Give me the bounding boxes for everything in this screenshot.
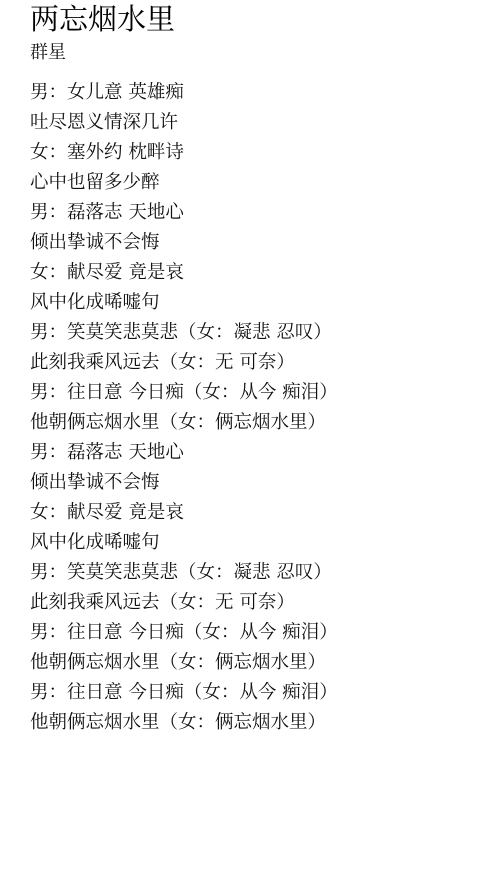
- lyric-line: 吐尽恩义情深几许: [30, 108, 338, 138]
- lyric-line: 风中化成唏嘘句: [30, 288, 338, 318]
- lyric-line: 倾出挚诚不会悔: [30, 228, 338, 258]
- lyric-line: 风中化成唏嘘句: [30, 528, 338, 558]
- lyric-line: 男：磊落志 天地心: [30, 438, 338, 468]
- lyric-line: 男：往日意 今日痴（女：从今 痴泪）: [30, 618, 338, 648]
- lyric-line: 男：磊落志 天地心: [30, 198, 338, 228]
- lyric-line: 他朝俩忘烟水里（女：俩忘烟水里）: [30, 408, 338, 438]
- lyric-line: 此刻我乘风远去（女：无 可奈）: [30, 348, 338, 378]
- lyric-line: 男：女儿意 英雄痴: [30, 78, 338, 108]
- lyric-line: 倾出挚诚不会悔: [30, 468, 338, 498]
- song-title: 两忘烟水里: [30, 0, 175, 38]
- lyric-line: 他朝俩忘烟水里（女：俩忘烟水里）: [30, 708, 338, 738]
- lyric-line: 男：笑莫笑悲莫悲（女：凝悲 忍叹）: [30, 318, 338, 348]
- lyric-line: 此刻我乘风远去（女：无 可奈）: [30, 588, 338, 618]
- lyric-line: 男：往日意 今日痴（女：从今 痴泪）: [30, 378, 338, 408]
- song-artist: 群星: [30, 41, 66, 65]
- lyric-line: 女：塞外约 枕畔诗: [30, 138, 338, 168]
- lyric-line: 男：往日意 今日痴（女：从今 痴泪）: [30, 678, 338, 708]
- lyric-line: 心中也留多少醉: [30, 168, 338, 198]
- lyric-line: 男：笑莫笑悲莫悲（女：凝悲 忍叹）: [30, 558, 338, 588]
- lyric-line: 他朝俩忘烟水里（女：俩忘烟水里）: [30, 648, 338, 678]
- lyric-line: 女：献尽爱 竟是哀: [30, 258, 338, 288]
- lyrics-list: 男：女儿意 英雄痴 吐尽恩义情深几许 女：塞外约 枕畔诗 心中也留多少醉 男：磊…: [30, 78, 338, 738]
- lyric-line: 女：献尽爱 竟是哀: [30, 498, 338, 528]
